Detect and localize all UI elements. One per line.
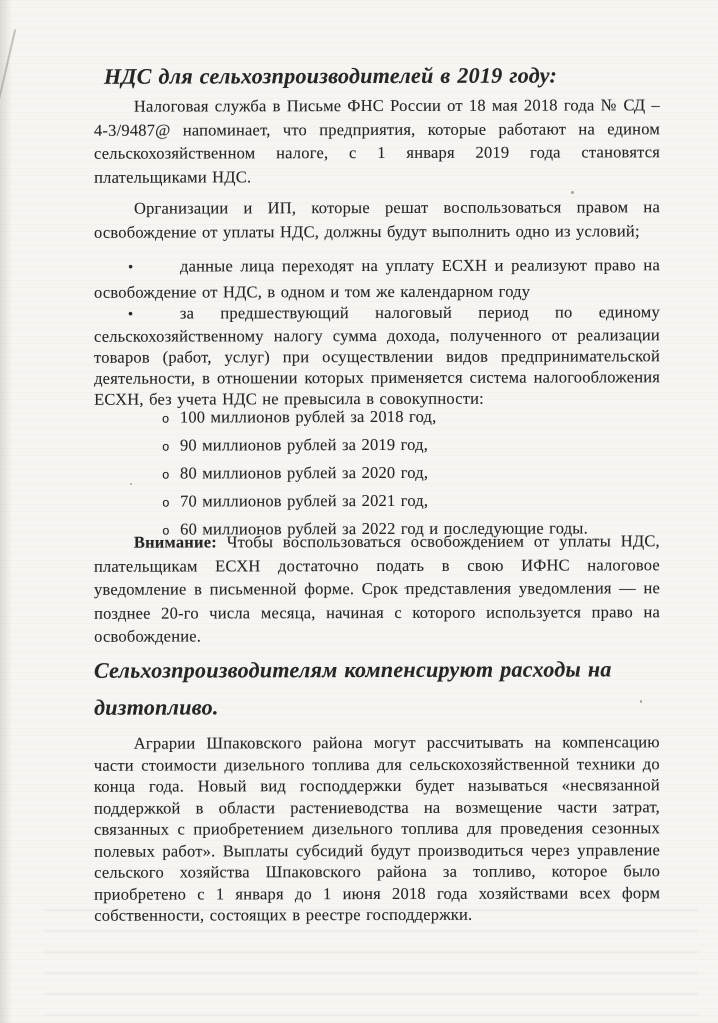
limit-item-text: 90 миллионов рублей за 2019 год, [180,435,428,455]
paragraph-fuel-body: Аграрии Шпаковского района могут рассчит… [94,731,661,926]
circle-bullet-icon: o [128,492,180,517]
article-title-vat: НДС для сельхозпроизводителей в 2019 год… [94,56,660,94]
scan-edge-shadow [0,0,12,1023]
circle-bullet-icon: o [128,464,180,489]
paragraph-vat-conditions: Организации и ИП, которые решат воспольз… [94,195,660,243]
article-title-fuel: Сельхозпроизводителям компенсируют расхо… [94,650,660,725]
attention-label: Внимание: [134,532,217,551]
limit-item-2021: o70 миллионов рублей за 2021 год, [94,487,660,516]
paragraph-vat-intro: Налоговая служба в Письме ФНС России от … [94,93,660,188]
income-limit-list: o100 миллионов рублей за 2018 год, o90 м… [94,403,660,544]
circle-bullet-icon: o [128,408,180,433]
scanned-document-page: НДС для сельхозпроизводителей в 2019 год… [0,0,718,1023]
limit-item-2019: o90 миллионов рублей за 2019 год, [94,431,660,460]
scan-speck [571,191,574,194]
limit-item-text: 70 миллионов рублей за 2021 год, [180,491,428,511]
limit-item-text: 100 миллионов рублей за 2018 год, [180,407,437,427]
limit-item-text: 80 миллионов рублей за 2020 год, [180,463,428,483]
circle-bullet-icon: o [128,436,180,461]
limit-item-2020: o80 миллионов рублей за 2020 год, [94,459,660,488]
bullet-dot-icon: • [128,257,180,281]
paragraph-attention: Внимание: Чтобы воспользоваться освобожд… [94,529,660,648]
bullet-dot-icon: • [128,305,180,326]
limit-item-2018: o100 миллионов рублей за 2018 год, [94,403,660,432]
bullet-item-income-limit: •за предшествующий налоговый период по е… [94,301,660,409]
bullet-item-esxn-transition: •данные лица переходят на уплату ЕСХН и … [94,253,660,303]
